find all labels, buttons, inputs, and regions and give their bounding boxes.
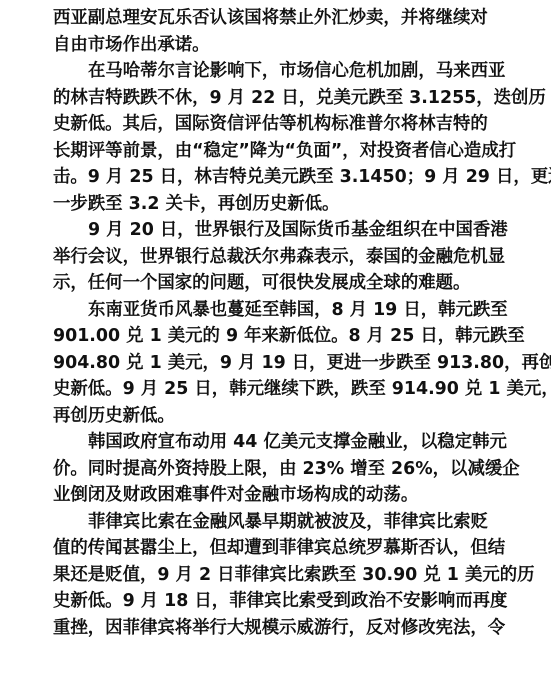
text-line: 史新低。9 月 25 日，韩元继续下跌，跌至 914.90 兑 1 美元， xyxy=(53,376,475,403)
text-line: 901.00 兑 1 美元的 9 年来新低位。8 月 25 日，韩元跌至 xyxy=(53,323,475,350)
text-line: 重挫，因菲律宾将举行大规模示威游行，反对修改宪法，令 xyxy=(53,615,475,642)
text-line: 一步跌至 3.2 关卡，再创历史新低。 xyxy=(53,191,475,218)
text-line: 举行会议，世界银行总裁沃尔弗森表示，泰国的金融危机显 xyxy=(53,244,475,271)
text-line: 值的传闻甚嚣尘上，但却遭到菲律宾总统罗慕斯否认，但结 xyxy=(53,535,475,562)
paragraph-world-bank: 9 月 20 日，世界银行及国际货币基金组织在中国香港 举行会议，世界银行总裁沃… xyxy=(53,217,475,297)
text-line: 示，任何一个国家的问题，可很快发展成全球的难题。 xyxy=(53,270,475,297)
text-line: 在马哈蒂尔言论影响下，市场信心危机加剧，马来西亚 xyxy=(53,58,475,85)
text-line: 韩国政府宣布动用 44 亿美元支撑金融业，以稳定韩元 xyxy=(53,429,475,456)
text-line: 西亚副总理安瓦乐否认该国将禁止外汇炒卖，并将继续对 xyxy=(53,5,475,32)
paragraph-continuation: 西亚副总理安瓦乐否认该国将禁止外汇炒卖，并将继续对 自由市场作出承诺。 xyxy=(53,5,475,58)
paragraph-philippine-peso: 菲律宾比索在金融风暴早期就被波及，菲律宾比索贬 值的传闻甚嚣尘上，但却遭到菲律宾… xyxy=(53,509,475,642)
document-page: 西亚副总理安瓦乐否认该国将禁止外汇炒卖，并将继续对 自由市场作出承诺。 在马哈蒂… xyxy=(53,5,475,641)
text-line: 果还是贬值，9 月 2 日菲律宾比索跌至 30.90 兑 1 美元的历 xyxy=(53,562,475,589)
text-line: 业倒闭及财政困难事件对金融市场构成的动荡。 xyxy=(53,482,475,509)
paragraph-korea-government: 韩国政府宣布动用 44 亿美元支撑金融业，以稳定韩元 价。同时提高外资持股上限，… xyxy=(53,429,475,509)
text-line: 东南亚货币风暴也蔓延至韩国，8 月 19 日，韩元跌至 xyxy=(53,297,475,324)
text-line: 长期评等前景，由“稳定”降为“负面”，对投资者信心造成打 xyxy=(53,138,475,165)
text-line: 价。同时提高外资持股上限，由 23% 增至 26%，以减缓企 xyxy=(53,456,475,483)
text-line: 击。9 月 25 日，林吉特兑美元跌至 3.1450；9 月 29 日，更进 xyxy=(53,164,475,191)
text-line: 自由市场作出承诺。 xyxy=(53,32,475,59)
text-line: 再创历史新低。 xyxy=(53,403,475,430)
text-line: 的林吉特跌跌不休，9 月 22 日，兑美元跌至 3.1255，迭创历 xyxy=(53,85,475,112)
paragraph-korean-won: 东南亚货币风暴也蔓延至韩国，8 月 19 日，韩元跌至 901.00 兑 1 美… xyxy=(53,297,475,430)
paragraph-ringgit: 在马哈蒂尔言论影响下，市场信心危机加剧，马来西亚 的林吉特跌跌不休，9 月 22… xyxy=(53,58,475,217)
text-line: 9 月 20 日，世界银行及国际货币基金组织在中国香港 xyxy=(53,217,475,244)
text-line: 904.80 兑 1 美元，9 月 19 日，更进一步跌至 913.80，再创历 xyxy=(53,350,475,377)
text-line: 史新低。9 月 18 日，菲律宾比索受到政治不安影响而再度 xyxy=(53,588,475,615)
text-line: 菲律宾比索在金融风暴早期就被波及，菲律宾比索贬 xyxy=(53,509,475,536)
text-line: 史新低。其后，国际资信评估等机构标准普尔将林吉特的 xyxy=(53,111,475,138)
